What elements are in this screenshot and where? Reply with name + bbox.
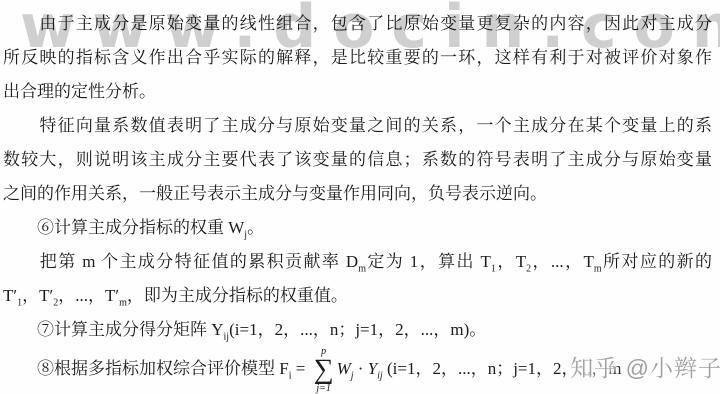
text-run: = — [292, 359, 310, 378]
text-line: 数较大，则说明该主成分主要代表了该变量的信息；系数的符号表明了主成分与原始变量 — [3, 143, 712, 177]
text-run: ，即为主成分指标的权重值。 — [127, 286, 348, 305]
text-line: 所反映的指标含义作出合乎实际的解释，是比较重要的一环，这样有利于对被评价对象作 — [3, 41, 712, 75]
text-run: T′ — [3, 286, 17, 305]
document-page: www.docin.com 由于主成分是原始变量的线性组合，包含了比原始变量更复… — [0, 0, 720, 394]
text-layer: 由于主成分是原始变量的线性组合，包含了比原始变量更复杂的内容，因此对主成分所反映… — [0, 0, 720, 393]
text-run: (i=1，2，...，n；j=1，2，...，m)。 — [229, 320, 486, 339]
text-line: ⑦计算主成分得分矩阵 Yij(i=1，2，...，n；j=1，2，...，m)。 — [3, 313, 712, 347]
text-run: ⑦计算主成分得分矩阵 Y — [3, 320, 224, 339]
text-run: 出合理的定性分析。 — [3, 82, 156, 101]
subscript: m — [119, 297, 127, 308]
text-line: 把第 m 个主成分特征值的累积贡献率 Dm定为 1，算出 T1，T2，...，T… — [3, 245, 712, 279]
text-run: 数较大，则说明该主成分主要代表了该变量的信息；系数的符号表明了主成分与原始变量 — [3, 150, 712, 169]
text-run: Y — [368, 359, 377, 378]
text-line: 由于主成分是原始变量的线性组合，包含了比原始变量更复杂的内容，因此对主成分 — [3, 7, 712, 41]
subscript: m — [358, 263, 366, 274]
text-run: ⑧根据多指标加权综合评价模型 F — [3, 359, 289, 378]
text-run: 所对应的新的 — [602, 252, 712, 271]
text-run: ，...，T′ — [58, 286, 119, 305]
text-run: ，T — [496, 252, 526, 271]
text-run: ⑥计算主成分指标的权重 W — [3, 218, 244, 237]
text-run: 所反映的指标含义作出合乎实际的解释，是比较重要的一环，这样有利于对被评价对象作 — [3, 48, 712, 67]
text-line: 之间的作用关系，一般正号表示主成分与变量作用同向，负号表示逆向。 — [3, 177, 712, 211]
text-run: 把第 m 个主成分特征值的累积贡献率 D — [3, 252, 358, 271]
text-run: 之间的作用关系，一般正号表示主成分与变量作用同向，负号表示逆向。 — [3, 184, 547, 203]
text-line: 特征向量系数值表明了主成分与原始变量之间的关系，一个主成分在某个变量上的系 — [3, 109, 712, 143]
text-run: 。 — [247, 218, 264, 237]
text-run: · — [354, 359, 368, 378]
text-run: 由于主成分是原始变量的线性组合，包含了比原始变量更复杂的内容，因此对主成分 — [3, 14, 712, 33]
text-run: 定为 1，算出 T — [366, 252, 491, 271]
text-line: ⑥计算主成分指标的权重 Wj。 — [3, 211, 712, 245]
text-run: W — [337, 359, 351, 378]
text-run: ，T′ — [22, 286, 53, 305]
text-line: T′1，T′2，...，T′m，即为主成分指标的权重值。 — [3, 279, 712, 313]
summation-sigma-icon: p∑j=1 — [314, 347, 334, 394]
zhihu-watermark: 知乎 @小辫子 — [570, 350, 720, 383]
text-run: ，...，T — [531, 252, 594, 271]
text-run: 特征向量系数值表明了主成分与原始变量之间的关系，一个主成分在某个变量上的系 — [3, 116, 712, 135]
text-line: 出合理的定性分析。 — [3, 75, 712, 109]
subscript: m — [594, 263, 602, 274]
